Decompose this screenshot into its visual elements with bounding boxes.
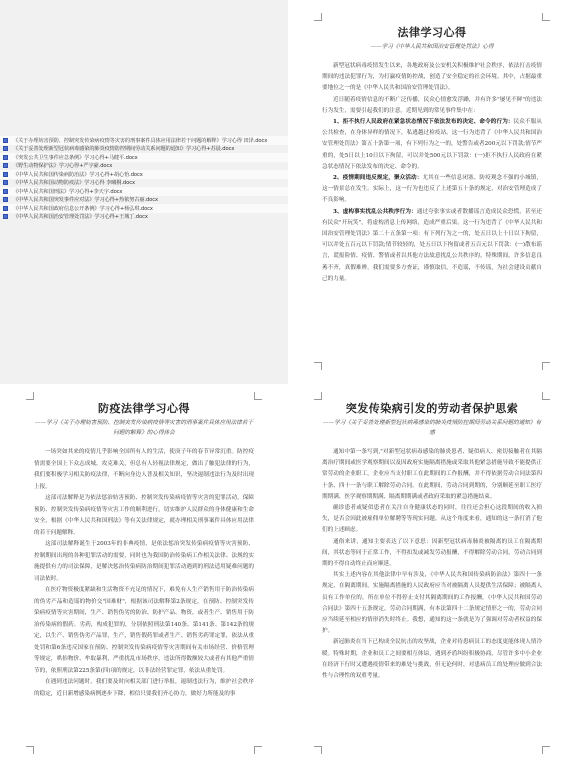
file-name: 《关于办理妨害预防、控制突发传染病疫情等灾害的刑事案件具体应用法律若干问题的解释…: [13, 137, 267, 144]
page-subtitle: ——学习《中华人民共和国治安管理处罚法》心得: [322, 42, 542, 52]
file-name: 《中华人民共和国传染病防治法》学习心得+胡心怡.docx: [13, 171, 143, 178]
paragraph: 这部司法解释是为依法惩治妨害预防、控制突发传染病疫情等灾害的犯罪活动，保障预防、…: [34, 493, 254, 539]
paragraph: 新冠肺炎在当下已构成全民抗击的攻坚战，企业对待患病员工的态度更能体现人情冷暖。特…: [322, 637, 542, 682]
paragraph-heading: 3、虚构事实扰乱公共秩序行为：: [333, 209, 417, 215]
file-name: 《中华人民共和国动物防疫法》学习心得 李曦桐.docx: [13, 179, 135, 186]
paragraph: 确诊患者或疑似患者在关注自身健康状态的同时，往往还会担心这段期间的收入损失，是否…: [322, 503, 542, 537]
docx-file-icon: [3, 163, 8, 168]
document-page-epidemic-law: 防疫法律学习心得 ——学习《关于办理妨害预防、控制突发传染病疫情等灾害的刑事案件…: [0, 384, 288, 768]
file-item[interactable]: 《关于妥善处理新型冠状病毒感染的肺炎疫情防控期间劳动关系问题的通知》学习心得+苏…: [0, 145, 288, 154]
docx-file-icon: [3, 197, 8, 202]
file-item[interactable]: 《中华人民共和国动物防疫法》学习心得 李曦桐.docx: [0, 179, 288, 188]
file-list-panel: 《关于办理妨害预防、控制突发传染病疫情等灾害的刑事案件具体应用法律若干问题的解释…: [0, 0, 288, 384]
page-corner-mark: [314, 392, 322, 400]
paragraph: 在医疗物资极度紧缺和生活物资不充足的情况下，难免有人生产销售用于防治传染病的伪劣…: [34, 585, 254, 677]
file-item[interactable]: 《野生动物保护法》学习心得+严宇豪.docx: [0, 162, 288, 171]
page-title: 突发传染病引发的劳动者保护思索: [322, 400, 542, 416]
page-corner-mark: [314, 746, 322, 754]
page-corner-mark: [26, 392, 34, 400]
page-subtitle: ——学习《关于妥善处理新型冠状病毒感染的肺炎疫情防控期间劳动关系问题的通知》有感: [322, 418, 542, 438]
file-item[interactable]: 《中华人民共和国政府信息公开条例》学习心得+杨弘琪.docx: [0, 204, 288, 213]
paragraph: 通俗来讲，通知主要表达了以下意思：因新型冠状病毒肺炎被隔离的员工在隔离期间，其状…: [322, 537, 542, 571]
paragraph: 这部司法解释诞生于2003年的非典疫情，是依法惩治突发传染病疫情等灾害预防、控制…: [34, 539, 254, 585]
page-corner-mark: [314, 362, 322, 370]
paragraph-heading: 1、拒不执行人民政府在紧急状态情况下依法发布的决定、命令的行为：: [333, 119, 514, 125]
file-name: 《中华人民共和国治安管理处罚法》学习心得+王城丁.docx: [13, 213, 148, 220]
docx-file-icon: [3, 155, 8, 160]
paragraph: 新型冠状病毒疫情发生以来，各地政府及公安机关积极维护社会秩序，依法打击疫情期间的…: [322, 61, 542, 95]
docx-file-icon: [3, 214, 8, 219]
page-corner-mark: [254, 392, 262, 400]
paragraph: 通知中第一条写到,"对新型冠状病毒感染的肺炎患者、疑似病人、密切接触者在其隔离治…: [322, 447, 542, 503]
file-item[interactable]: 《中华人民共和国治安管理处罚法》学习心得+王城丁.docx: [0, 213, 288, 222]
file-item[interactable]: 《中华人民共和国传染病防治法》学习心得+胡心怡.docx: [0, 170, 288, 179]
file-name: 《突发公共卫生事件应急条例》学习心得+马健平.docx: [13, 154, 138, 161]
file-item[interactable]: 《中华人民共和国突发事件应对法》学习心得+热依努古丽.docx: [0, 196, 288, 205]
page-body: 法律学习心得 ——学习《中华人民共和国治安管理处罚法》心得 新型冠状病毒疫情发生…: [322, 24, 542, 285]
page-corner-mark: [542, 746, 550, 754]
file-list: 《关于办理妨害预防、控制突发传染病疫情等灾害的刑事案件具体应用法律若干问题的解释…: [0, 136, 288, 221]
file-item[interactable]: 《中华人民共和国刑法》学习心得+李天宇.docx: [0, 187, 288, 196]
docx-file-icon: [3, 138, 8, 143]
paragraph: 近日随着疫情信息的不断广泛传播，民众心情愈发浮躁，并有许多"屡见不鲜"的违法行为…: [322, 95, 542, 117]
file-item[interactable]: 《关于办理妨害预防、控制突发传染病疫情等灾害的刑事案件具体应用法律若干问题的解释…: [0, 136, 288, 145]
page-corner-mark: [314, 13, 322, 21]
docx-file-icon: [3, 172, 8, 177]
file-name: 《中华人民共和国政府信息公开条例》学习心得+杨弘琪.docx: [13, 205, 153, 212]
file-item[interactable]: 《突发公共卫生事件应急条例》学习心得+马健平.docx: [0, 153, 288, 162]
paragraph: 2、疫情期间违反规定，聚众活动：尤其在一些信息闭塞、防疫观念不强的小城镇，这一情…: [322, 173, 542, 207]
docx-file-icon: [3, 146, 8, 151]
file-name: 《野生动物保护法》学习心得+严宇豪.docx: [13, 162, 112, 169]
file-name: 《中华人民共和国刑法》学习心得+李天宇.docx: [13, 188, 122, 195]
document-page-law: 法律学习心得 ——学习《中华人民共和国治安管理处罚法》心得 新型冠状病毒疫情发生…: [288, 0, 576, 384]
docx-file-icon: [3, 189, 8, 194]
paragraph: 一场突如其来的疫情几乎影响全国所有人的生活，使庚子年的春节异常沉重。防控疫情需要…: [34, 447, 254, 493]
page-subtitle: ——学习《关于办理妨害预防、控制突发传染病疫情等灾害的刑事案件具体应用法律若干问…: [34, 418, 254, 438]
paragraph: 3、虚构事实扰乱公共秩序行为：通过夸张事实或者散播谣言造成民众恐慌，甚至还有民众…: [322, 207, 542, 285]
page-corner-mark: [542, 13, 550, 21]
page-title: 防疫法律学习心得: [34, 400, 254, 416]
paragraph: 在遇到违法问题时，我们要及时向相关部门进行举报，遏制违法行为，维护社会秩序的稳定…: [34, 677, 254, 700]
page-body: 突发传染病引发的劳动者保护思索 ——学习《关于妥善处理新型冠状病毒感染的肺炎疫情…: [322, 400, 542, 682]
paragraph-heading: 2、疫情期间违反规定，聚众活动：: [333, 175, 422, 181]
file-name: 《关于妥善处理新型冠状病毒感染的肺炎疫情防控期间劳动关系问题的通知》学习心得+苏…: [13, 145, 234, 152]
page-corner-mark: [542, 362, 550, 370]
paragraph: 其实上述内容在其他法律中早有涉及，《中华人民共和国传染病防治法》第四十一条规定，…: [322, 570, 542, 637]
page-corner-mark: [254, 746, 262, 754]
paragraph: 1、拒不执行人民政府在紧急状态情况下依法发布的决定、命令的行为：民众不服从公共检…: [322, 117, 542, 173]
page-title: 法律学习心得: [322, 24, 542, 40]
page-corner-mark: [542, 392, 550, 400]
docx-file-icon: [3, 206, 8, 211]
file-name: 《中华人民共和国突发事件应对法》学习心得+热依努古丽.docx: [13, 196, 158, 203]
page-body: 防疫法律学习心得 ——学习《关于办理妨害预防、控制突发传染病疫情等灾害的刑事案件…: [34, 400, 254, 700]
document-page-labor: 突发传染病引发的劳动者保护思索 ——学习《关于妥善处理新型冠状病毒感染的肺炎疫情…: [288, 384, 576, 768]
page-corner-mark: [26, 746, 34, 754]
docx-file-icon: [3, 180, 8, 185]
